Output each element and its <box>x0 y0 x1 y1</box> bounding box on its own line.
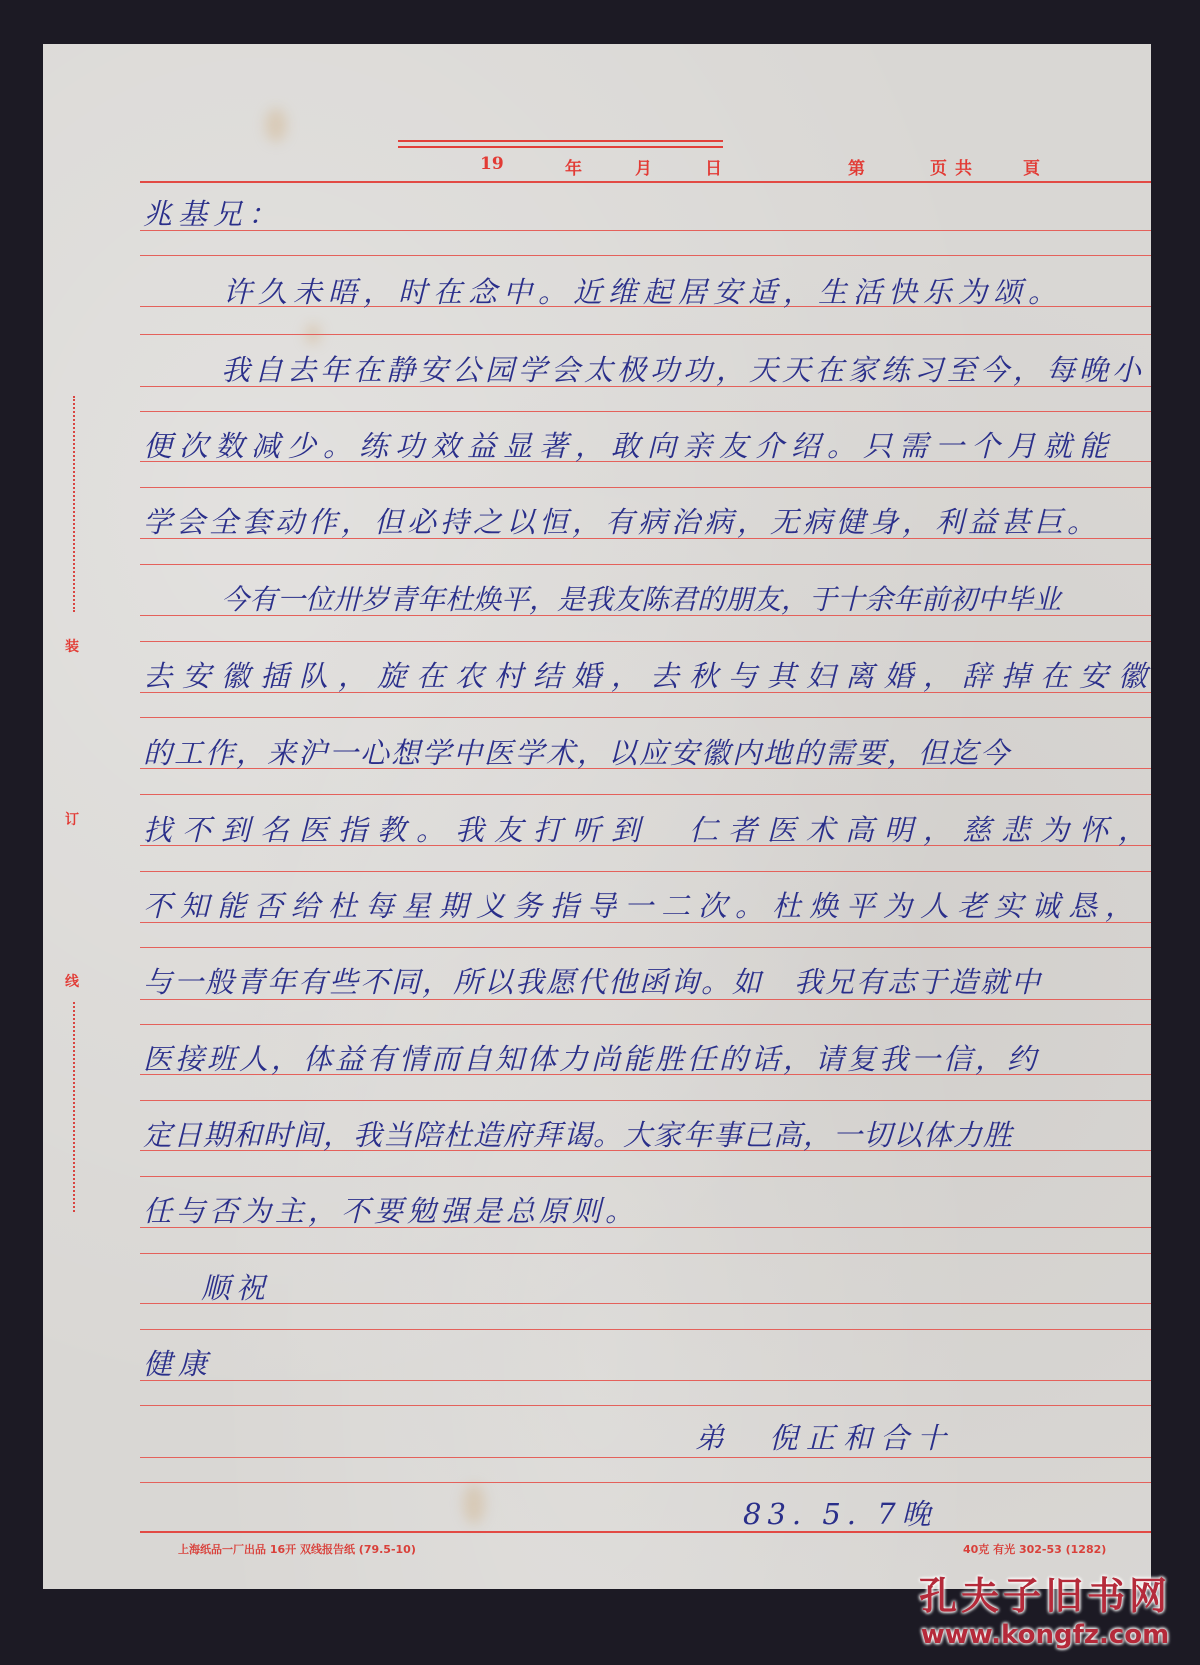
ruled-line <box>140 641 1151 642</box>
footer-manufacturer-print: 上海纸品一厂出品 16开 双线报告纸 (79.5-10) <box>178 1541 416 1557</box>
header-page-label: 页共 <box>930 154 980 179</box>
letter-date: 83. 5. 7晚 <box>743 1492 937 1533</box>
binding-char-xian: 线 <box>65 971 79 991</box>
ruled-line <box>140 1329 1151 1330</box>
paper-stain <box>463 1484 485 1524</box>
ruled-line <box>140 181 1151 183</box>
header-double-line-top <box>398 140 723 142</box>
header-page-prefix: 第 <box>848 154 865 179</box>
letter-paper: 19 年 月 日 第 页共 頁 装 订 线 兆基兄： 许久未晤，时在念中。 <box>43 44 1151 1589</box>
ruled-line <box>140 334 1151 335</box>
letter-line: 任与否为主，不要勉强是总原则。 <box>143 1189 638 1230</box>
header-month-label: 月 <box>635 154 652 179</box>
ruled-line <box>140 1100 1151 1101</box>
ruled-line <box>140 411 1151 412</box>
letter-salutation: 兆基兄： <box>143 192 283 233</box>
ruled-line <box>140 717 1151 718</box>
letter-line: 找不到名医指教。我友打听到 仁者医术高明，慈悲为怀， <box>143 808 1157 849</box>
ruled-line <box>140 794 1151 795</box>
binding-char-zhuang: 装 <box>65 636 79 656</box>
ruled-line <box>140 1303 1151 1304</box>
ruled-line <box>140 1482 1151 1483</box>
ruled-line <box>140 230 1151 231</box>
header-date-page-row: 19 年 月 日 第 页共 頁 <box>43 154 1151 184</box>
ruled-line <box>140 255 1151 256</box>
header-double-line-bottom <box>398 146 723 148</box>
header-total-label: 頁 <box>1023 154 1040 179</box>
binding-dotted-line-top <box>73 396 75 612</box>
letter-line: 便次数减少。练功效益显著，敢向亲友介绍。只需一个月就能 <box>143 424 1115 465</box>
site-watermark: 孔夫子旧书网 www.kongfz.com <box>895 1573 1195 1651</box>
watermark-title: 孔夫子旧书网 <box>895 1573 1195 1619</box>
letter-closing-health: 健康 <box>143 1342 213 1383</box>
header-year-label: 年 <box>565 154 582 179</box>
letter-line: 不知能否给杜每星期义务指导一二次。杜焕平为人老实诚恳， <box>143 884 1142 925</box>
ruled-line <box>140 1253 1151 1254</box>
header-day-label: 日 <box>705 154 722 179</box>
ruled-line <box>140 1176 1151 1177</box>
letter-line: 我自去年在静安公园学会太极功功，天天在家练习至今，每晚小 <box>221 348 1145 389</box>
letter-line: 学会全套动作，但必持之以恒，有病治病，无病健身，利益甚巨。 <box>143 500 1100 541</box>
letter-line: 定日期和时间，我当陪杜造府拜谒。大家年事已高，一切以体力胜 <box>143 1113 1013 1154</box>
ruled-line <box>140 487 1151 488</box>
letter-line: 今有一位卅岁青年杜焕平，是我友陈君的朋友，于十余年前初中毕业 <box>221 578 1061 618</box>
binding-char-ding: 订 <box>65 809 79 829</box>
ruled-line <box>140 1024 1151 1025</box>
ruled-line <box>140 1531 1151 1533</box>
ruled-line <box>140 947 1151 948</box>
letter-closing-wish: 顺祝 <box>201 1266 271 1307</box>
ruled-line <box>140 1380 1151 1381</box>
letter-line: 的工作，来沪一心想学中医学术，以应安徽内地的需要，但迄今 <box>143 731 1011 772</box>
ruled-line <box>140 564 1151 565</box>
header-year-prefix: 19 <box>480 154 504 174</box>
letter-signature: 弟 倪正和合十 <box>695 1416 954 1457</box>
letter-line: 许久未晤，时在念中。近维起居安适，生活快乐为颂。 <box>223 270 1063 311</box>
watermark-url: www.kongfz.com <box>895 1619 1195 1651</box>
paper-stain <box>265 108 287 142</box>
ruled-line <box>140 1457 1151 1458</box>
ruled-line <box>140 1405 1151 1406</box>
letter-line: 去安徽插队，旋在农村结婚，去秋与其妇离婚，辞掉在安徽 <box>143 654 1157 695</box>
letter-line: 医接班人，体益有情而自知体力尚能胜任的话，请复我一信，约 <box>143 1037 1039 1078</box>
footer-paper-spec-print: 40克 有光 302-53 (1282) <box>963 1541 1106 1557</box>
ruled-line <box>140 871 1151 872</box>
binding-dotted-line-bottom <box>73 1002 75 1212</box>
letter-line: 与一般青年有些不同，所以我愿代他函询。如 我兄有志于造就中 <box>143 960 1042 1001</box>
